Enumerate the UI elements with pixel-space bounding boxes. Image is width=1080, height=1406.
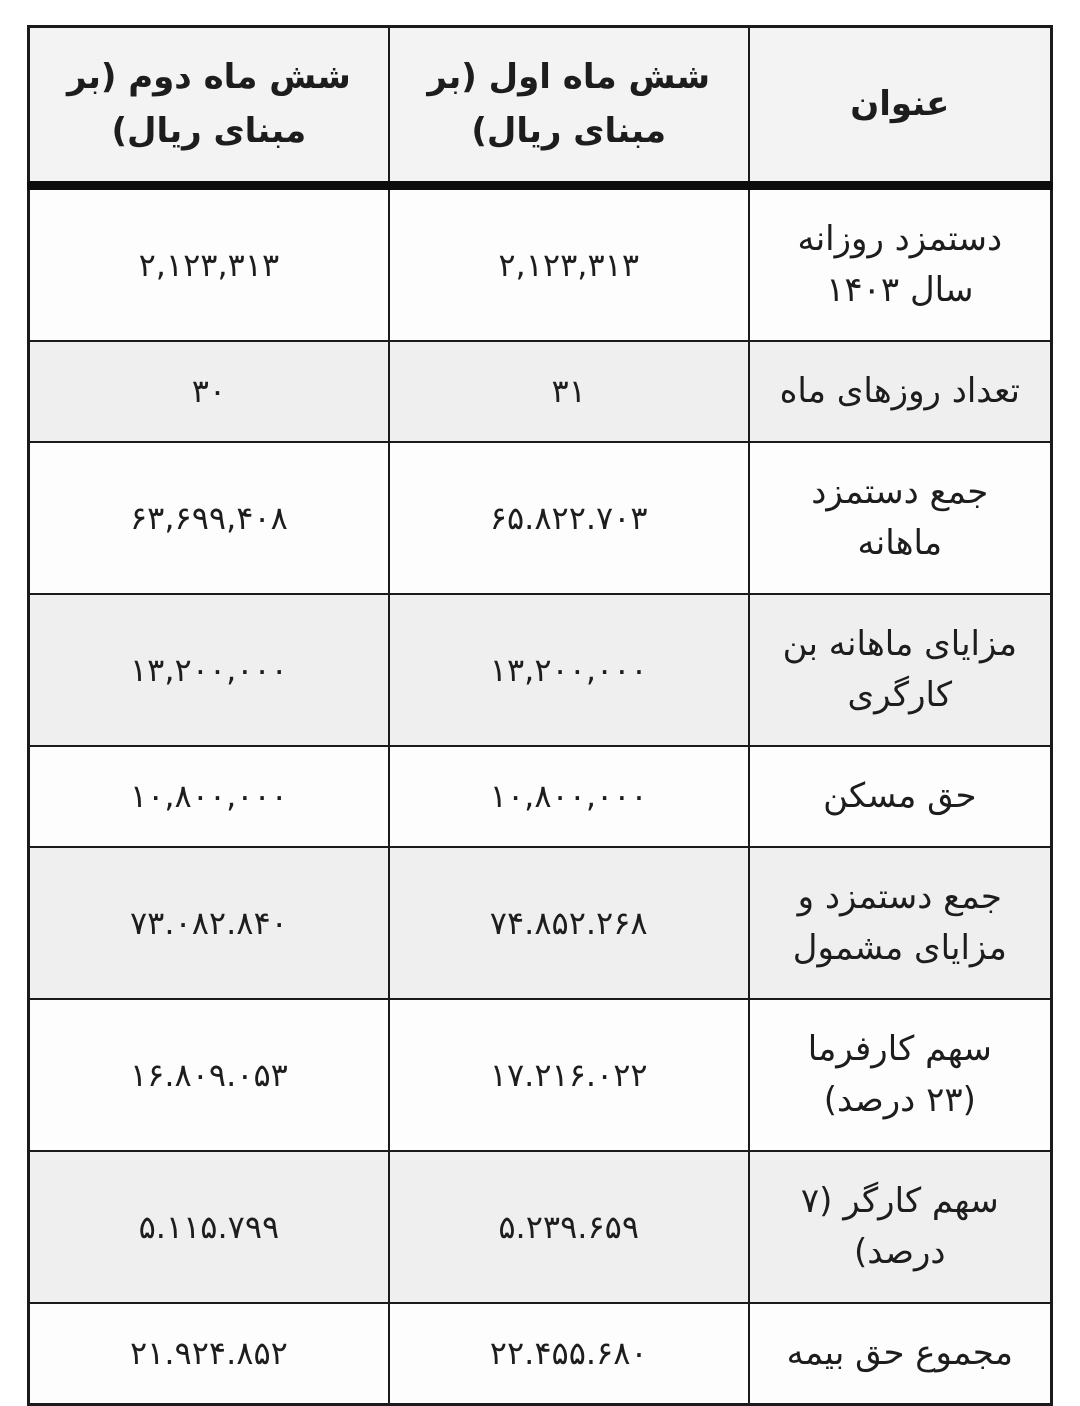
row-title: جمع دستمزد ماهانه [749, 442, 1052, 594]
table-row: جمع دستمزد ماهانه۶۵.۸۲۲.۷۰۳۶۳,۶۹۹,۴۰۸ [29, 442, 1052, 594]
table-header: عنوان شش ماه اول (بر مبنای ریال) شش ماه … [29, 27, 1052, 186]
table-row: مزایای ماهانه بن کارگری۱۳,۲۰۰,۰۰۰۱۳,۲۰۰,… [29, 594, 1052, 746]
second-half-value: ۱۶.۸۰۹.۰۵۳ [29, 999, 389, 1151]
column-header-title: عنوان [749, 27, 1052, 186]
row-title: حق مسکن [749, 746, 1052, 847]
second-half-value: ۳۰ [29, 341, 389, 442]
row-title: مزایای ماهانه بن کارگری [749, 594, 1052, 746]
column-header-first-half: شش ماه اول (بر مبنای ریال) [389, 27, 749, 186]
table-body: دستمزد روزانه سال ۱۴۰۳۲,۱۲۳,۳۱۳۲,۱۲۳,۳۱۳… [29, 185, 1052, 1404]
table-row: تعداد روزهای ماه۳۱۳۰ [29, 341, 1052, 442]
row-title: دستمزد روزانه سال ۱۴۰۳ [749, 185, 1052, 341]
first-half-value: ۷۴.۸۵۲.۲۶۸ [389, 847, 749, 999]
first-half-value: ۱۳,۲۰۰,۰۰۰ [389, 594, 749, 746]
second-half-value: ۲۱.۹۲۴.۸۵۲ [29, 1303, 389, 1405]
second-half-value: ۷۳.۰۸۲.۸۴۰ [29, 847, 389, 999]
first-half-value: ۱۰,۸۰۰,۰۰۰ [389, 746, 749, 847]
second-half-value: ۱۰,۸۰۰,۰۰۰ [29, 746, 389, 847]
second-half-value: ۵.۱۱۵.۷۹۹ [29, 1151, 389, 1303]
table-row: دستمزد روزانه سال ۱۴۰۳۲,۱۲۳,۳۱۳۲,۱۲۳,۳۱۳ [29, 185, 1052, 341]
first-half-value: ۱۷.۲۱۶.۰۲۲ [389, 999, 749, 1151]
first-half-value: ۳۱ [389, 341, 749, 442]
row-title: جمع دستمزد و مزایای مشمول [749, 847, 1052, 999]
table-row: جمع دستمزد و مزایای مشمول۷۴.۸۵۲.۲۶۸۷۳.۰۸… [29, 847, 1052, 999]
row-title: سهم کارفرما (۲۳ درصد) [749, 999, 1052, 1151]
header-row: عنوان شش ماه اول (بر مبنای ریال) شش ماه … [29, 27, 1052, 186]
wage-insurance-table: عنوان شش ماه اول (بر مبنای ریال) شش ماه … [27, 25, 1053, 1406]
row-title: تعداد روزهای ماه [749, 341, 1052, 442]
second-half-value: ۲,۱۲۳,۳۱۳ [29, 185, 389, 341]
first-half-value: ۶۵.۸۲۲.۷۰۳ [389, 442, 749, 594]
table-row: سهم کارگر (۷ درصد)۵.۲۳۹.۶۵۹۵.۱۱۵.۷۹۹ [29, 1151, 1052, 1303]
page: عنوان شش ماه اول (بر مبنای ریال) شش ماه … [0, 0, 1080, 1387]
second-half-value: ۶۳,۶۹۹,۴۰۸ [29, 442, 389, 594]
first-half-value: ۲۲.۴۵۵.۶۸۰ [389, 1303, 749, 1405]
table-row: مجموع حق بیمه۲۲.۴۵۵.۶۸۰۲۱.۹۲۴.۸۵۲ [29, 1303, 1052, 1405]
first-half-value: ۲,۱۲۳,۳۱۳ [389, 185, 749, 341]
row-title: مجموع حق بیمه [749, 1303, 1052, 1405]
table-row: سهم کارفرما (۲۳ درصد)۱۷.۲۱۶.۰۲۲۱۶.۸۰۹.۰۵… [29, 999, 1052, 1151]
first-half-value: ۵.۲۳۹.۶۵۹ [389, 1151, 749, 1303]
column-header-second-half: شش ماه دوم (بر مبنای ریال) [29, 27, 389, 186]
second-half-value: ۱۳,۲۰۰,۰۰۰ [29, 594, 389, 746]
row-title: سهم کارگر (۷ درصد) [749, 1151, 1052, 1303]
table-row: حق مسکن۱۰,۸۰۰,۰۰۰۱۰,۸۰۰,۰۰۰ [29, 746, 1052, 847]
